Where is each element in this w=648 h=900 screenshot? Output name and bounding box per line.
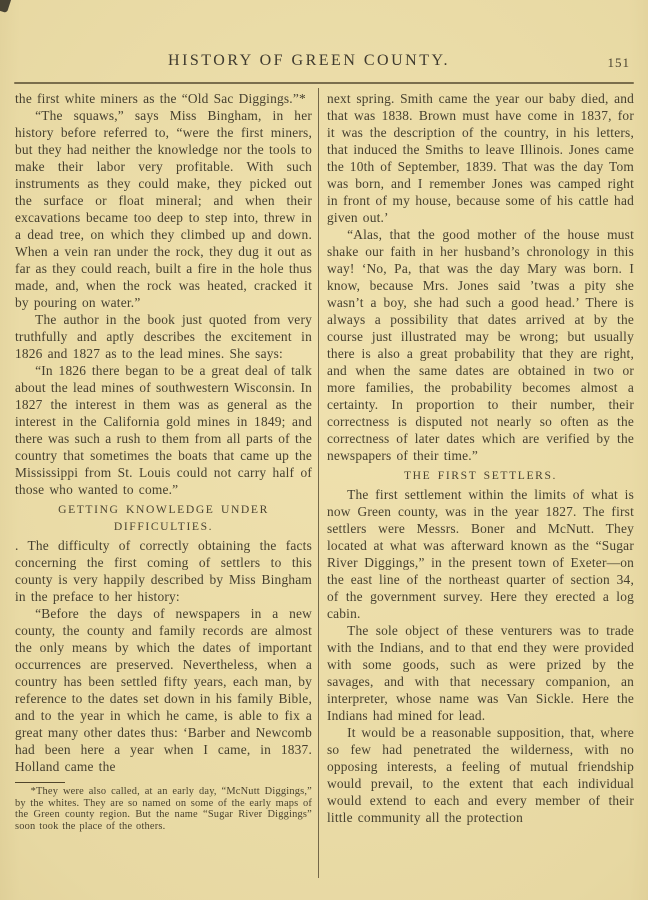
- paragraph: “The squaws,” says Miss Bingham, in her …: [15, 107, 312, 311]
- paragraph: “In 1826 there began to be a great deal …: [15, 362, 312, 498]
- scan-smudge-artifact: [0, 0, 12, 13]
- paragraph: the first white miners as the “Old Sac D…: [15, 90, 312, 107]
- paragraph: The first settlement within the limits o…: [327, 486, 634, 622]
- left-column: the first white miners as the “Old Sac D…: [15, 90, 312, 832]
- paragraph: . The difficulty of correctly obtaining …: [15, 537, 312, 605]
- right-column: next spring. Smith came the year our bab…: [327, 90, 634, 826]
- column-divider: [318, 88, 319, 878]
- paragraph: The author in the book just quoted from …: [15, 311, 312, 362]
- footnote: *They were also called, at an early day,…: [15, 786, 312, 832]
- section-heading: GETTING KNOWLEDGE UNDER DIFFICULTIES.: [15, 501, 312, 535]
- paragraph: next spring. Smith came the year our bab…: [327, 90, 634, 226]
- footnote-rule: [15, 782, 65, 783]
- header-rule: [14, 82, 634, 84]
- section-heading: THE FIRST SETTLERS.: [327, 467, 634, 484]
- book-page: HISTORY OF GREEN COUNTY. 151 the first w…: [0, 0, 648, 900]
- paragraph: “Before the days of newspapers in a new …: [15, 605, 312, 775]
- paragraph: “Alas, that the good mother of the house…: [327, 226, 634, 464]
- page-header-title: HISTORY OF GREEN COUNTY.: [40, 52, 578, 70]
- paragraph: It would be a reasonable supposition, th…: [327, 724, 634, 826]
- paragraph: The sole object of these venturers was t…: [327, 622, 634, 724]
- page-number: 151: [608, 55, 631, 71]
